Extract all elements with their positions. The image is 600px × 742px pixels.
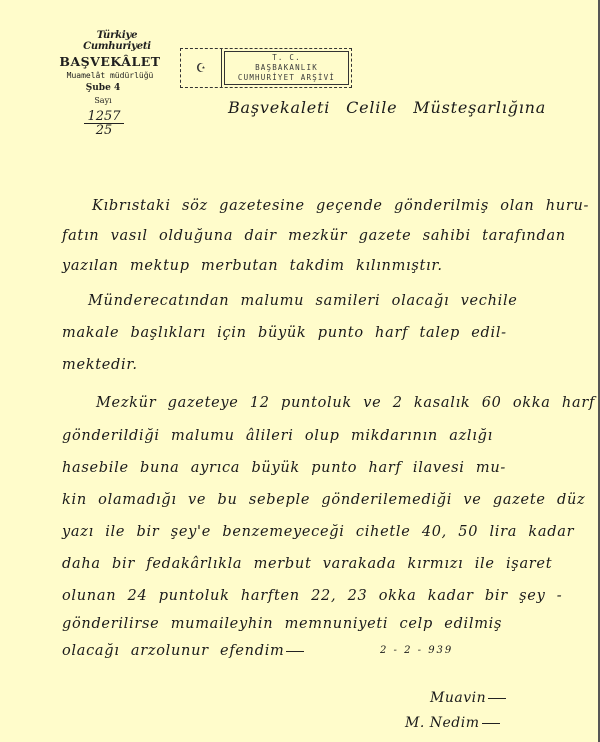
signature-name: M. Nedim xyxy=(405,715,500,731)
stamp-line-3: CUMHURİYET ARŞİVİ xyxy=(238,73,335,83)
body-line: makale başlıkları için büyük punto harf … xyxy=(62,325,507,341)
stamp-line-2: BAŞBAKANLIK xyxy=(255,63,318,73)
stamp-text: T. C. BAŞBAKANLIK CUMHURİYET ARŞİVİ xyxy=(224,51,349,85)
letterhead-sub-number: 25 xyxy=(43,124,165,137)
body-line: Münderecatından malumu samileri olacağı … xyxy=(88,293,518,309)
letter-date: 2 - 2 - 939 xyxy=(380,645,453,656)
document-page: Türkiye Cumhuriyeti BAŞVEKÂLET Muamelât … xyxy=(0,0,600,742)
letterhead-sayi-label: Sayı xyxy=(41,96,165,105)
body-line: Kıbrıstaki söz gazetesine geçende gönder… xyxy=(92,198,589,214)
body-line: olacağı arzolunur efendim xyxy=(62,643,304,659)
body-line: daha bir fedakârlıkla merbut varakada kı… xyxy=(62,556,552,572)
addressee: Başvekaleti Celile Müsteşarlığına xyxy=(228,98,546,117)
body-line: Mezkür gazeteye 12 puntoluk ve 2 kasalık… xyxy=(96,395,595,411)
letterhead-office: BAŞVEKÂLET xyxy=(55,54,165,69)
body-line: hasebile buna ayrıca büyük punto harf il… xyxy=(62,460,506,476)
letterhead-number: 1257 xyxy=(84,110,123,124)
body-line: yazı ile bir şey'e benzemeyeceği cihetle… xyxy=(62,524,574,540)
letterhead: Türkiye Cumhuriyeti BAŞVEKÂLET Muamelât … xyxy=(55,30,165,137)
crescent-star-icon: ☪ xyxy=(181,49,222,87)
body-line: yazılan mektup merbutan takdim kılınmışt… xyxy=(62,258,443,274)
letterhead-department: Muamelât müdürlüğü xyxy=(55,71,165,80)
stamp-line-1: T. C. xyxy=(272,53,301,63)
body-line: gönderildiği malumu âlileri olup mikdarı… xyxy=(62,428,493,444)
body-line: gönderilirse mumaileyhin memnuniyeti cel… xyxy=(62,616,502,632)
signature-title: Muavin xyxy=(430,690,506,706)
body-line: kin olamadığı ve bu sebeple gönderilemed… xyxy=(62,492,585,508)
archive-stamp: ☪ T. C. BAŞBAKANLIK CUMHURİYET ARŞİVİ xyxy=(180,48,352,88)
letterhead-country: Türkiye Cumhuriyeti xyxy=(69,30,165,52)
body-line: mektedir. xyxy=(62,357,138,373)
body-line: fatın vasıl olduğuna dair mezkür gazete … xyxy=(62,228,566,244)
letterhead-branch: Şube 4 xyxy=(41,83,165,93)
body-line: olunan 24 puntoluk harften 22, 23 okka k… xyxy=(62,588,562,604)
